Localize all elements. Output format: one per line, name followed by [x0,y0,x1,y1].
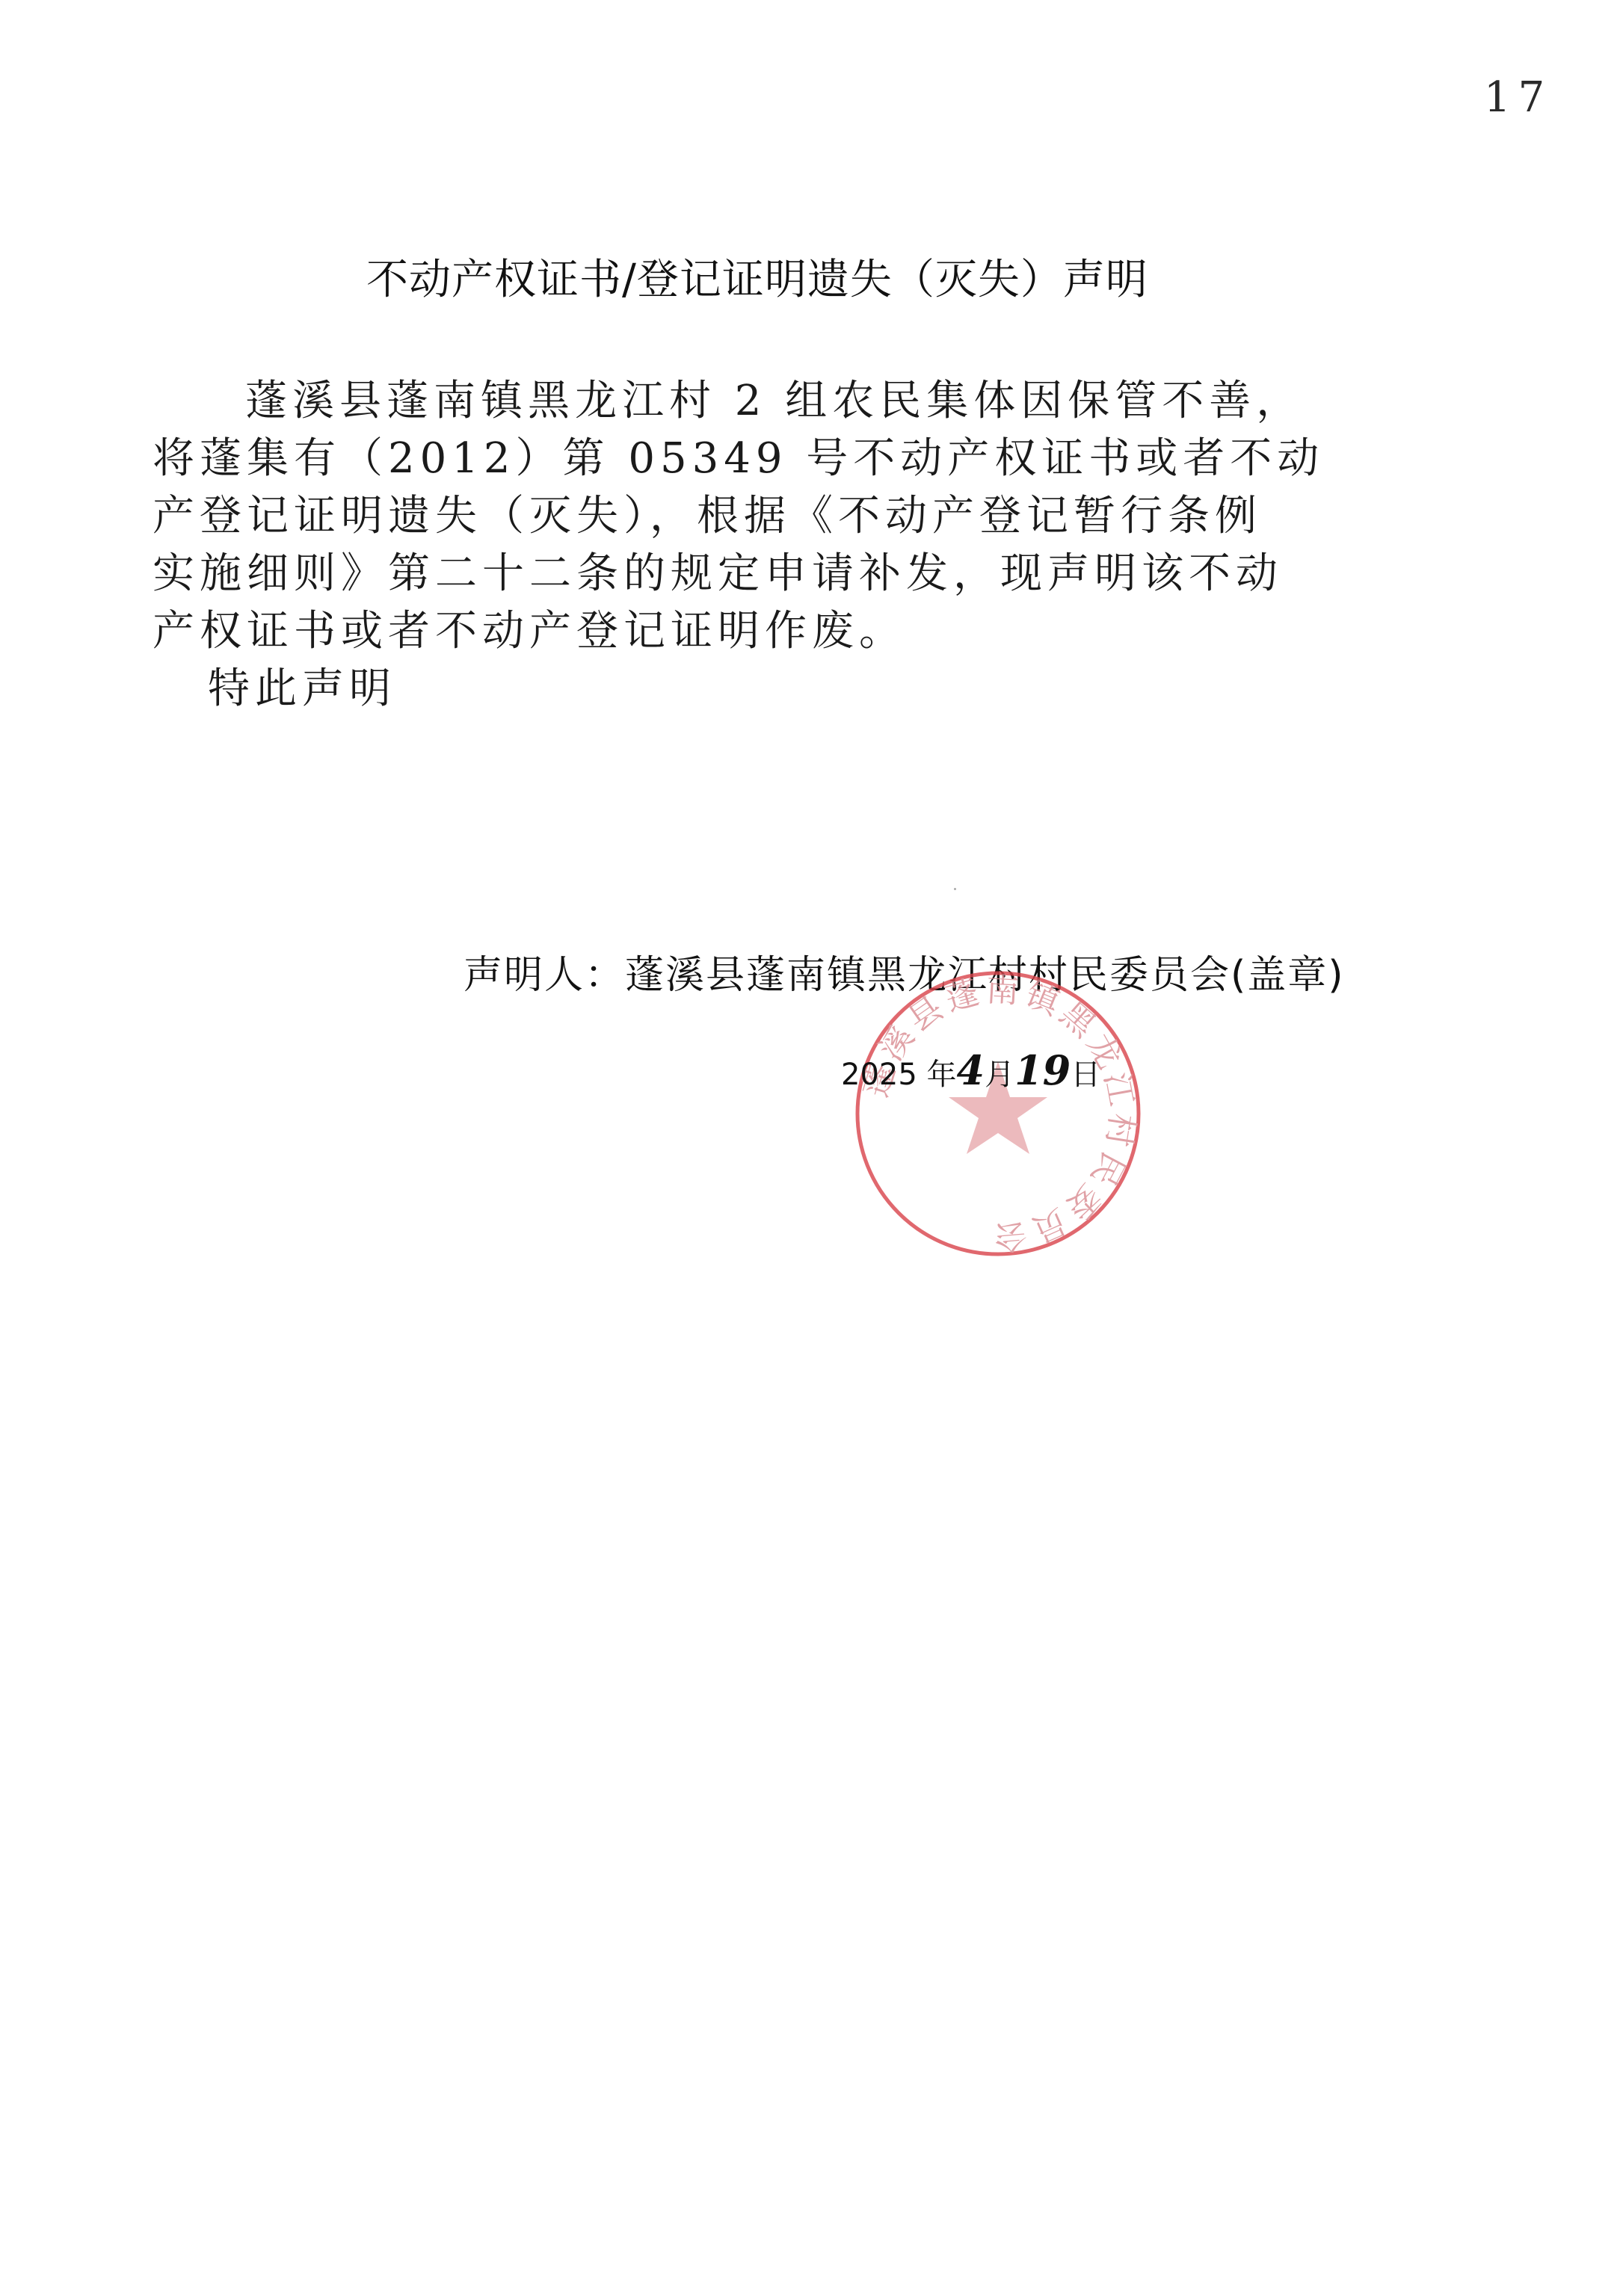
date-month: 4 [957,1046,985,1094]
date: 2025 年4月19日 [841,1046,1100,1094]
body-line: 产登记证明遗失（灭失），根据《不动产登记暂行条例 [153,487,1446,545]
scan-artifact [954,888,956,890]
declaration-body: 蓬溪县蓬南镇黑龙江村 2 组农民集体因保管不善， 将蓬集有（2012）第 053… [153,372,1446,717]
date-year-label: 年 [927,1058,957,1092]
body-line: 实施细则》第二十二条的规定申请补发，现声明该不动 [153,545,1446,602]
date-day-label: 日 [1071,1058,1100,1092]
date-year: 2025 [841,1058,917,1092]
closing-statement: 特此声明 [153,660,1446,717]
body-line: 蓬溪县蓬南镇黑龙江村 2 组农民集体因保管不善， [153,372,1446,430]
body-line: 产权证书或者不动产登记证明作废。 [153,602,1446,660]
body-line: 将蓬集有（2012）第 05349 号不动产权证书或者不动 [153,430,1446,487]
date-day: 19 [1014,1046,1071,1094]
official-seal: 蓬溪县蓬南镇黑龙江村民委员会 [849,964,1148,1263]
date-month-label: 月 [985,1058,1014,1092]
document-title: 不动产权证书/登记证明遗失（灭失）声明 [366,247,1301,306]
page-number: 17 [1484,73,1552,122]
